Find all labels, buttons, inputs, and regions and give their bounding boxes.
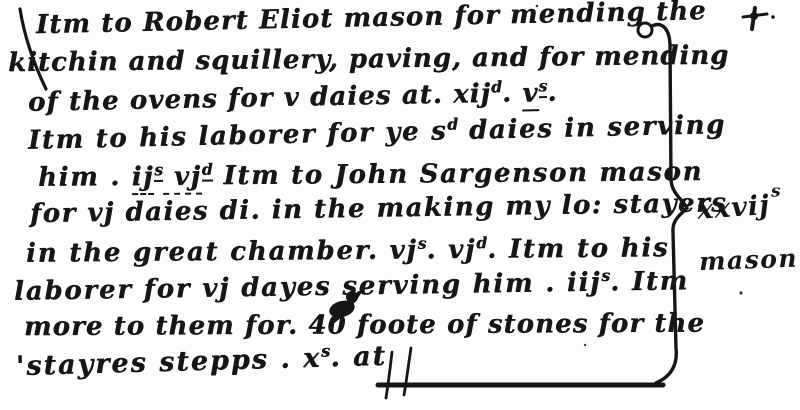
cross-mark-icon xyxy=(743,8,775,29)
margin-sum-unit: s xyxy=(770,180,782,201)
manuscript-line-2: kitchin and squillery, paving, and for m… xyxy=(8,40,730,78)
manuscript-line-3: of the ovens for v daies at. xijd. vs. xyxy=(28,76,558,118)
manuscript-line-5: him . ijs vjd Itm to John Sargenson maso… xyxy=(38,155,703,192)
margin-note: mason . xyxy=(699,243,800,276)
manuscript-line-1: Itm to Robert Eliot mason for mending th… xyxy=(36,0,707,40)
descender-stroke xyxy=(404,348,411,395)
manuscript-line-10: 'stayres stepps . xs. at xyxy=(16,340,388,382)
margin-sum-value: xxvij xyxy=(696,190,771,226)
manuscript-line-8: laborer for vj dayes serving him . iijs.… xyxy=(14,264,689,306)
manuscript-line-9: more to them for. 40 foote of stones for… xyxy=(24,308,705,342)
manuscript-page: Itm to Robert Eliot mason for mending th… xyxy=(0,0,800,410)
margin-sum: xxvijs xyxy=(696,187,781,226)
manuscript-line-7: in the great chamber. vjs. vjd. Itm to h… xyxy=(26,231,670,268)
